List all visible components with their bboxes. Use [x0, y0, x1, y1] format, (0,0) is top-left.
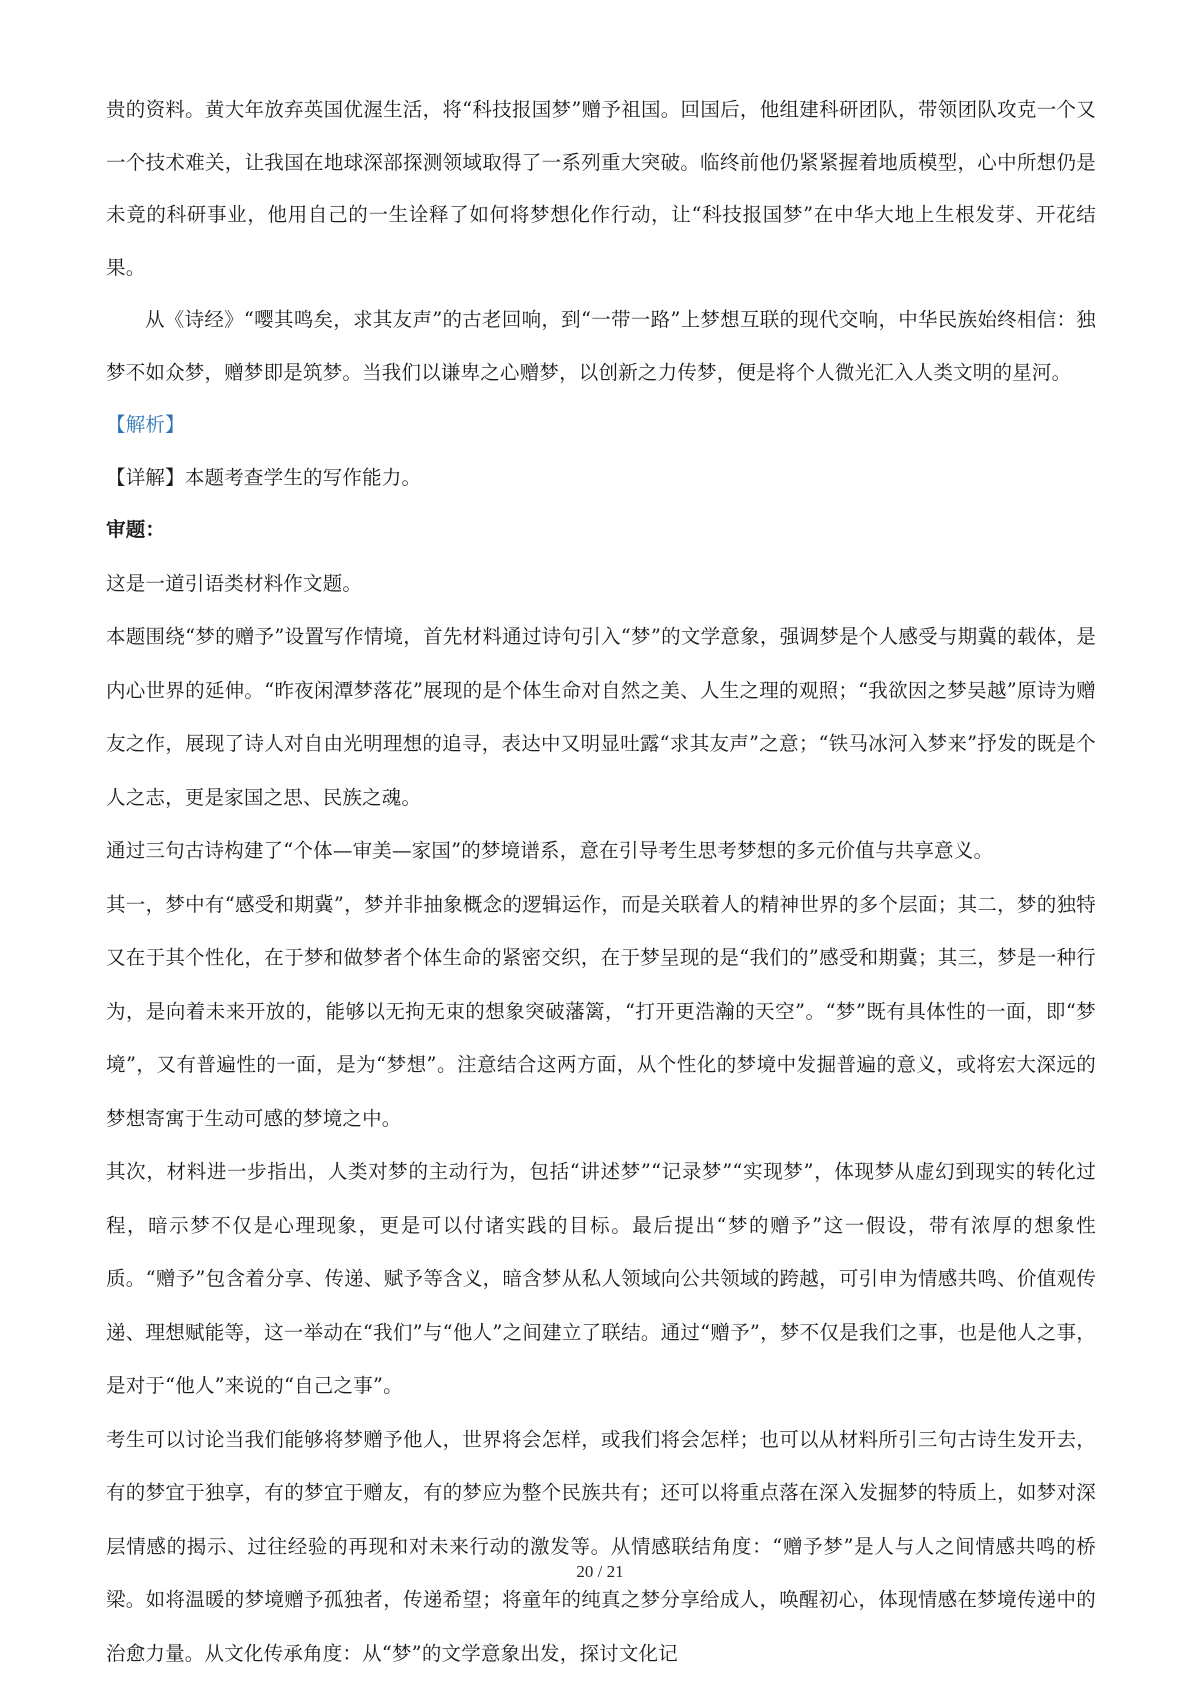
- essay-paragraph: 贵的资料。黄大年放弃英国优渥生活，将“科技报国梦”赠予祖国。回国后，他组建科研团…: [106, 84, 1096, 294]
- analysis-paragraph: 本题围绕“梦的赠予”设置写作情境，首先材料通过诗句引入“梦”的文学意象，强调梦是…: [106, 610, 1096, 824]
- page-number: 20 / 21: [0, 1562, 1200, 1582]
- analysis-paragraph: 通过三句古诗构建了“个体—审美—家国”的梦境谱系，意在引导考生思考梦想的多元价值…: [106, 824, 1096, 878]
- analysis-paragraph: 其一，梦中有“感受和期冀”，梦并非抽象概念的逻辑运作，而是关联着人的精神世界的多…: [106, 878, 1096, 1146]
- analysis-paragraph: 这是一道引语类材料作文题。: [106, 557, 1096, 611]
- essay-paragraph: 从《诗经》“嘤其鸣矣，求其友声”的古老回响，到“一带一路”上梦想互联的现代交响，…: [106, 294, 1096, 399]
- detail-line: 【详解】本题考查学生的写作能力。: [106, 452, 1096, 505]
- detail-label: 【详解】: [106, 466, 185, 489]
- analysis-paragraph: 其次，材料进一步指出，人类对梦的主动行为，包括“讲述梦”“记录梦”“实现梦”，体…: [106, 1145, 1096, 1413]
- document-page: 贵的资料。黄大年放弃英国优渥生活，将“科技报国梦”赠予祖国。回国后，他组建科研团…: [106, 84, 1096, 1680]
- analysis-paragraph: 考生可以讨论当我们能够将梦赠予他人，世界将会怎样，或我们将会怎样；也可以从材料所…: [106, 1413, 1096, 1681]
- detail-text: 本题考查学生的写作能力。: [185, 466, 421, 489]
- review-heading: 审题：: [106, 504, 1096, 557]
- analysis-label: 【解析】: [106, 399, 1096, 452]
- analysis-body: 这是一道引语类材料作文题。 本题围绕“梦的赠予”设置写作情境，首先材料通过诗句引…: [106, 557, 1096, 1681]
